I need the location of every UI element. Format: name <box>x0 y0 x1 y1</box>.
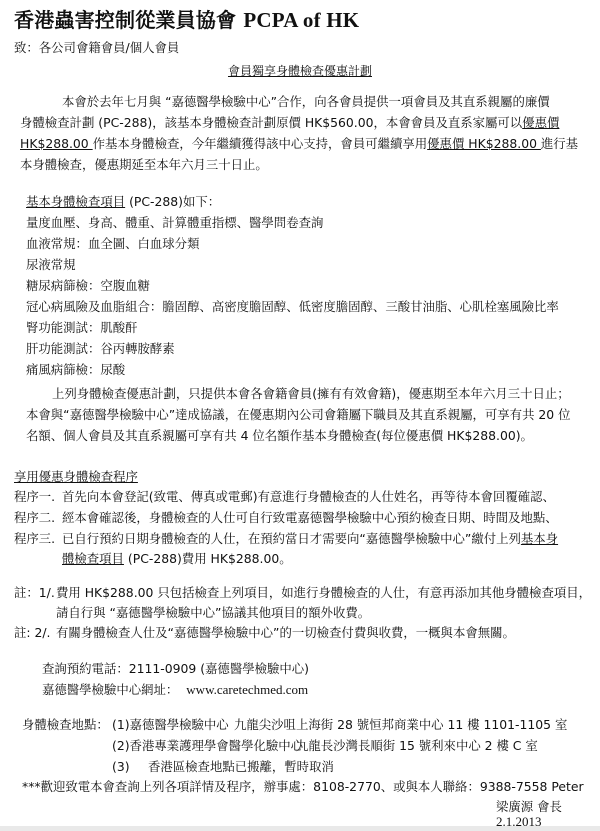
location-name: (1)嘉德醫學檢驗中心 <box>112 715 234 735</box>
procedure-step-3: 程序三.已自行預約日期身體檢查的人仕，在預約當日才需要向“嘉德醫學檢驗中心”繳付… <box>14 529 558 549</box>
booking-phone: 查詢預約電話：2111-0909 (嘉德醫學檢驗中心) <box>42 659 309 679</box>
location-address: 九龍尖沙咀上海街 28 號恒邦商業中心 11 樓 1101-1105 室 <box>234 717 567 732</box>
offer-line-1: 上列身體檢查優惠計劃，只提供本會各會籍會員(擁有有效會籍)，優惠期至本年六月三十… <box>52 384 570 404</box>
procedure-heading: 享用優惠身體檢查程序 <box>14 467 138 487</box>
item-list-entry: 糖尿病篩檢：空腹血糖 <box>26 276 150 296</box>
item-list-entry: 痛風病篩檢：尿酸 <box>26 360 125 380</box>
website-label: 嘉德醫學檢驗中心網址： <box>42 682 178 697</box>
step-label: 程序三. <box>14 529 62 549</box>
website-line: 嘉德醫學檢驗中心網址：www.caretechmed.com <box>42 680 308 700</box>
website-link[interactable]: www.caretechmed.com <box>186 682 308 697</box>
step-underline: 體檢查項目 <box>62 551 124 566</box>
document-subtitle: 會員獨享身體檢查優惠計劃 <box>0 62 600 79</box>
location-2: (2)香港專業護理學會醫學化驗中心九龍長沙灣長順街 15 號利來中心 2 樓 C… <box>112 736 538 756</box>
location-name: (3) <box>112 757 148 777</box>
procedure-step-1: 程序一.首先向本會登記(致電、傳真或電郵)有意進行身體檢查的人仕姓名，再等待本會… <box>14 487 555 507</box>
intro-text: 進行基 <box>541 136 578 151</box>
offer-line-3: 名額、個人會員及其直系親屬可享有共 4 位名額作基本身體檢查(每位優惠價 HK$… <box>26 426 533 446</box>
organization-title: 香港蟲害控制從業員協會 PCPA of HK <box>14 4 359 33</box>
procedure-step-2: 程序二.經本會確認後，身體檢查的人仕可自行致電嘉德醫學檢驗中心預約檢查日期、時間… <box>14 508 558 528</box>
location-address: 九龍長沙灣長順街 15 號利來中心 2 樓 C 室 <box>296 738 538 753</box>
title-english: PCPA of HK <box>243 8 359 32</box>
items-heading-underlined: 基本身體檢查項目 <box>26 194 125 209</box>
items-heading: 基本身體檢查項目 (PC-288)如下： <box>26 192 220 212</box>
item-list-entry: 血液常規：血全圖、白血球分類 <box>26 234 199 254</box>
item-list-entry: 肝功能測試：谷丙轉胺酵素 <box>26 339 175 359</box>
item-list-entry: 冠心病風險及血脂組合：膽固醇、高密度膽固醇、低密度膽固醇、三酸甘油脂、心肌栓塞風… <box>26 297 559 317</box>
item-list-entry: 腎功能測試：肌酸酐 <box>26 318 138 338</box>
intro-line-1: 本會於去年七月與 “嘉德醫學檢驗中心”合作，向各會員提供一項會員及其直系親屬的廉… <box>62 92 550 112</box>
phone-value: 2111-0909 (嘉德醫學檢驗中心) <box>129 661 309 676</box>
enquiry-line: ***歡迎致電本會查詢上列各項詳情及程序，辦事處：8108-2770、或與本人聯… <box>22 777 584 797</box>
note-1-cont: 請自行與 “嘉德醫學檢驗中心”協議其他項目的額外收費。 <box>56 603 370 623</box>
procedure-step-3-cont: 體檢查項目 (PC-288)費用 HK$288.00。 <box>62 549 292 569</box>
recipient-line: 致：各公司會籍會員/個人會員 <box>14 38 179 58</box>
location-address: 香港區檢查地點已搬離，暫時取消 <box>148 759 334 774</box>
step-label: 程序一. <box>14 487 62 507</box>
note-2: 註: 2/.有關身體檢查人仕及“嘉德醫學檢驗中心”的一切檢查付費與收費，一概與本… <box>14 623 515 643</box>
intro-line-4: 本身體檢查，優惠期延至本年六月三十日止。 <box>20 155 268 175</box>
location-1: 身體檢查地點：(1)嘉德醫學檢驗中心九龍尖沙咀上海街 28 號恒邦商業中心 11… <box>22 715 567 735</box>
intro-line-2: 身體檢查計劃 (PC-288)，該基本身體檢查計劃原價 HK$560.00，本會… <box>20 113 559 133</box>
discount-price: 優惠價 HK$288.00 <box>427 136 541 151</box>
step-underline: 基本身 <box>521 531 558 546</box>
step-label: 程序二. <box>14 508 62 528</box>
item-list-entry: 尿液常規 <box>26 255 76 275</box>
step-text: 首先向本會登記(致電、傳真或電郵)有意進行身體檢查的人仕姓名，再等待本會回覆確認… <box>62 489 555 504</box>
locations-label: 身體檢查地點： <box>22 715 112 735</box>
notice-document: 香港蟲害控制從業員協會 PCPA of HK 致：各公司會籍會員/個人會員 會員… <box>0 0 600 831</box>
items-heading-text: (PC-288)如下： <box>125 194 220 209</box>
note-text: 有關身體檢查人仕及“嘉德醫學檢驗中心”的一切檢查付費與收費，一概與本會無關。 <box>56 625 515 640</box>
title-chinese: 香港蟲害控制從業員協會 <box>14 8 236 32</box>
note-label: 註: 2/. <box>14 623 56 643</box>
intro-text: 作基本身體檢查，今年繼續獲得該中心支持，會員可繼續享用 <box>93 136 428 151</box>
discount-price: HK$288.00 <box>20 136 93 151</box>
note-label: 註：1/. <box>14 583 56 603</box>
page-bottom-divider <box>0 826 600 831</box>
phone-label: 查詢預約電話： <box>42 661 129 676</box>
location-3: (3)香港區檢查地點已搬離，暫時取消 <box>112 757 334 777</box>
intro-underline: 優惠價 <box>522 115 559 130</box>
note-1: 註：1/.費用 HK$288.00 只包括檢查上列項目，如進行身體檢查的人仕，有… <box>14 583 591 603</box>
offer-line-2: 本會與“嘉德醫學檢驗中心”達成協議，在優惠期內公司會籍屬下職員及其直系親屬，可享… <box>26 405 571 425</box>
step-text: 經本會確認後，身體檢查的人仕可自行致電嘉德醫學檢驗中心預約檢查日期、時間及地點、 <box>62 510 558 525</box>
item-list-entry: 量度血壓、身高、體重、計算體重指標、醫學問卷查詢 <box>26 213 323 233</box>
step-text: (PC-288)費用 HK$288.00。 <box>124 551 292 566</box>
note-text: 費用 HK$288.00 只包括檢查上列項目，如進行身體檢查的人仕，有意再添加其… <box>56 585 591 600</box>
location-name: (2)香港專業護理學會醫學化驗中心 <box>112 736 296 756</box>
intro-line-3: HK$288.00 作基本身體檢查，今年繼續獲得該中心支持，會員可繼續享用優惠價… <box>20 134 578 154</box>
intro-text: 身體檢查計劃 (PC-288)，該基本身體檢查計劃原價 HK$560.00，本會… <box>20 115 522 130</box>
step-text: 已自行預約日期身體檢查的人仕，在預約當日才需要向“嘉德醫學檢驗中心”繳付上列 <box>62 531 521 546</box>
